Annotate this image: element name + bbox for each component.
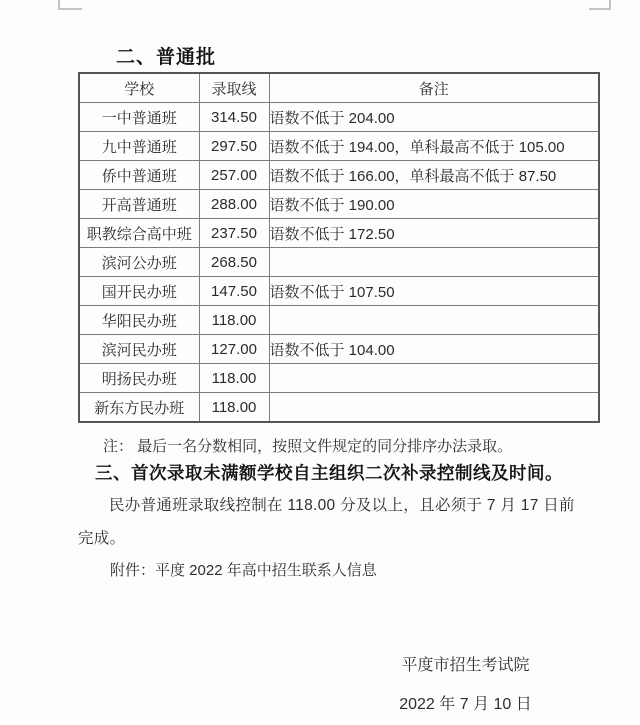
remark-cell: 语数不低于 190.00 (269, 190, 599, 219)
remark-cell: 语数不低于 166.00，单科最高不低于 87.50 (269, 161, 599, 190)
remark-cell: 语数不低于 204.00 (269, 103, 599, 132)
remark-cell (269, 393, 599, 423)
score-cell: 118.00 (199, 364, 269, 393)
attachment-reference: 附件：平度 2022 年高中招生联系人信息 (110, 559, 377, 580)
score-cell: 118.00 (199, 393, 269, 423)
school-cell: 滨河民办班 (79, 335, 199, 364)
score-cell: 147.50 (199, 277, 269, 306)
table-row: 一中普通班314.50语数不低于 204.00 (79, 103, 599, 132)
school-cell: 华阳民办班 (79, 306, 199, 335)
document-page: 二、普通批 学校 录取线 备注 一中普通班314.50语数不低于 204.00九… (0, 0, 640, 725)
signature-block: 平度市招生考试院 2022 年 7 月 10 日 (358, 652, 573, 714)
table-header-row: 学校 录取线 备注 (79, 73, 599, 103)
school-cell: 职教综合高中班 (79, 219, 199, 248)
table-row: 九中普通班297.50语数不低于 194.00，单科最高不低于 105.00 (79, 132, 599, 161)
score-cell: 237.50 (199, 219, 269, 248)
table-row: 新东方民办班118.00 (79, 393, 599, 423)
school-cell: 滨河公办班 (79, 248, 199, 277)
issue-date: 2022 年 7 月 10 日 (358, 691, 573, 714)
table-row: 侨中普通班257.00语数不低于 166.00，单科最高不低于 87.50 (79, 161, 599, 190)
remark-cell: 语数不低于 104.00 (269, 335, 599, 364)
header-score: 录取线 (199, 73, 269, 103)
school-cell: 国开民办班 (79, 277, 199, 306)
section-3-paragraph: 民办普通班录取线控制在 118.00 分及以上，且必须于 7 月 17 日前完成… (78, 489, 586, 555)
remark-cell (269, 364, 599, 393)
school-cell: 九中普通班 (79, 132, 199, 161)
score-cell: 288.00 (199, 190, 269, 219)
score-cell: 118.00 (199, 306, 269, 335)
page-margin-corner-left-icon (58, 0, 82, 10)
header-school: 学校 (79, 73, 199, 103)
remark-cell (269, 306, 599, 335)
school-cell: 明扬民办班 (79, 364, 199, 393)
table-row: 国开民办班147.50语数不低于 107.50 (79, 277, 599, 306)
header-remark: 备注 (269, 73, 599, 103)
table-row: 华阳民办班118.00 (79, 306, 599, 335)
page-margin-corner-right-icon (589, 0, 611, 10)
issuing-authority: 平度市招生考试院 (358, 652, 573, 675)
table-row: 职教综合高中班237.50语数不低于 172.50 (79, 219, 599, 248)
school-cell: 一中普通班 (79, 103, 199, 132)
table-row: 滨河民办班127.00语数不低于 104.00 (79, 335, 599, 364)
section-3-title: 三、首次录取未满额学校自主组织二次补录控制线及时间。 (95, 460, 563, 485)
score-cell: 297.50 (199, 132, 269, 161)
remark-cell: 语数不低于 172.50 (269, 219, 599, 248)
table-row: 滨河公办班268.50 (79, 248, 599, 277)
remark-cell: 语数不低于 194.00，单科最高不低于 105.00 (269, 132, 599, 161)
table-row: 开高普通班288.00语数不低于 190.00 (79, 190, 599, 219)
admission-score-table: 学校 录取线 备注 一中普通班314.50语数不低于 204.00九中普通班29… (78, 72, 600, 423)
remark-cell (269, 248, 599, 277)
school-cell: 侨中普通班 (79, 161, 199, 190)
table-row: 明扬民办班118.00 (79, 364, 599, 393)
remark-cell: 语数不低于 107.50 (269, 277, 599, 306)
score-cell: 314.50 (199, 103, 269, 132)
score-cell: 268.50 (199, 248, 269, 277)
score-cell: 257.00 (199, 161, 269, 190)
school-cell: 开高普通班 (79, 190, 199, 219)
school-cell: 新东方民办班 (79, 393, 199, 423)
table-footnote: 注： 最后一名分数相同，按照文件规定的同分排序办法录取。 (103, 435, 512, 456)
section-2-title: 二、普通批 (116, 42, 216, 69)
score-cell: 127.00 (199, 335, 269, 364)
